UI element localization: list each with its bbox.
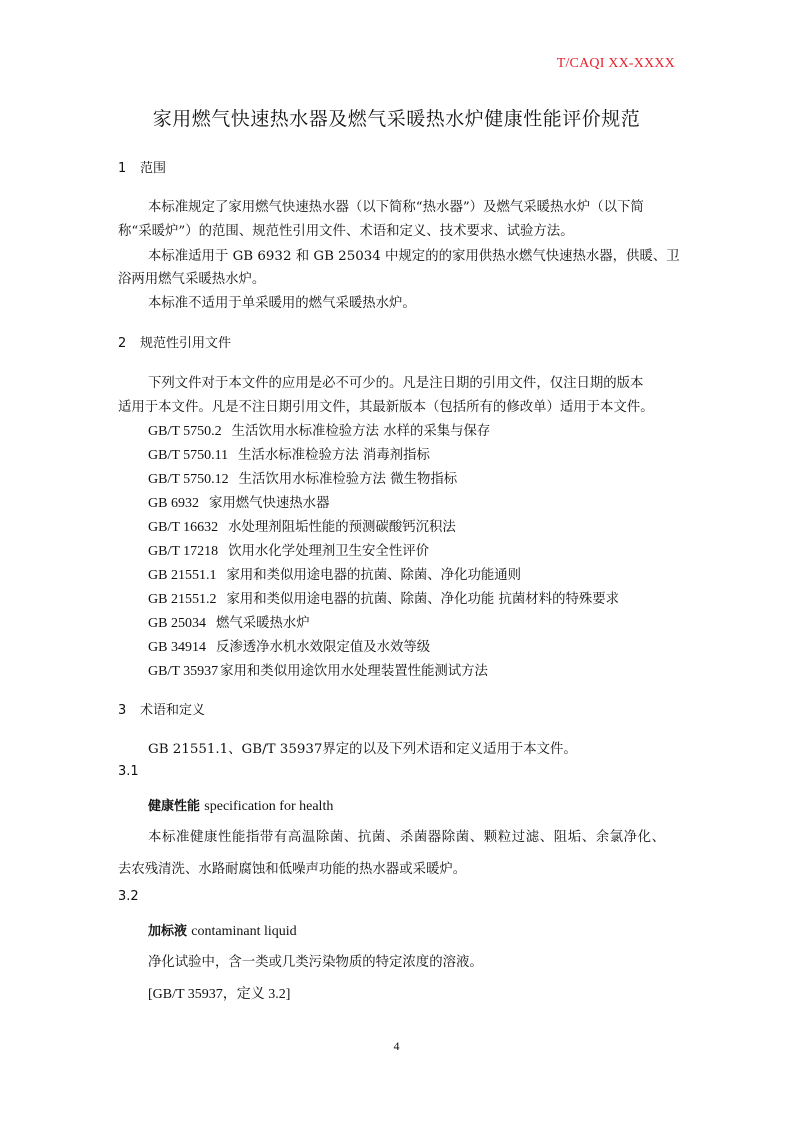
paragraph-line: 适用于本文件。凡是不注日期引用文件，其最新版本（包括所有的修改单）适用于本文件。	[118, 396, 654, 415]
reference-title: 饮用水化学处理剂卫生安全性评价	[228, 544, 429, 559]
section-number: 2	[118, 336, 140, 351]
reference-item: GB/T 5750.2生活饮用水标准检验方法 水样的采集与保存	[148, 420, 490, 440]
reference-item: GB 6932家用燃气快速热水器	[148, 492, 329, 512]
reference-title: 家用和类似用途饮用水处理装置性能测试方法	[220, 664, 488, 679]
page-number: 4	[0, 1039, 793, 1054]
reference-title: 家用燃气快速热水器	[209, 496, 330, 511]
document-code: T/CAQI XX-XXXX	[557, 56, 675, 72]
reference-code: GB/T 5750.11	[148, 448, 228, 463]
section-title: 范围	[140, 161, 166, 176]
section-number: 1	[118, 161, 140, 176]
reference-code: GB 25034	[148, 616, 206, 631]
reference-code: GB/T 16632	[148, 520, 218, 535]
section-1-heading: 1范围	[118, 157, 166, 176]
reference-item: GB/T 35937家用和类似用途饮用水处理装置性能测试方法	[148, 660, 488, 680]
reference-item: GB 25034燃气采暖热水炉	[148, 612, 310, 632]
reference-item: GB/T 16632水处理剂阻垢性能的预测碳酸钙沉积法	[148, 516, 456, 536]
term-english: specification for health	[204, 799, 333, 814]
paragraph-line: 下列文件对于本文件的应用是必不可少的。凡是注日期的引用文件，仅注日期的版本	[148, 372, 643, 391]
reference-title: 生活水标准检验方法 消毒剂指标	[238, 448, 430, 463]
section-title: 规范性引用文件	[140, 336, 231, 351]
reference-item: GB 34914反渗透净水机水效限定值及水效等级	[148, 636, 430, 656]
page-title: 家用燃气快速热水器及燃气采暖热水炉健康性能评价规范	[0, 104, 793, 131]
term-chinese: 健康性能	[148, 799, 200, 814]
paragraph-line: 本标准规定了家用燃气快速热水器（以下简称“热水器”）及燃气采暖热水炉（以下简	[148, 196, 644, 215]
reference-title: 生活饮用水标准检验方法 微生物指标	[239, 472, 458, 487]
definition-line: 净化试验中，含一类或几类污染物质的特定浓度的溶液。	[148, 951, 483, 970]
term-entry: 加标液 contaminant liquid	[148, 920, 297, 940]
term-number: 3.1	[118, 764, 139, 779]
reference-code: GB 34914	[148, 640, 206, 655]
term-chinese: 加标液	[148, 924, 187, 939]
reference-code: GB 6932	[148, 496, 199, 511]
term-number: 3.2	[118, 889, 139, 904]
reference-title: 家用和类似用途电器的抗菌、除菌、净化功能通则	[226, 568, 521, 583]
reference-code: GB/T 5750.2	[148, 424, 222, 439]
section-2-heading: 2规范性引用文件	[118, 332, 231, 351]
reference-title: 生活饮用水标准检验方法 水样的采集与保存	[232, 424, 491, 439]
reference-item: GB 21551.1家用和类似用途电器的抗菌、除菌、净化功能通则	[148, 564, 521, 584]
reference-title: 家用和类似用途电器的抗菌、除菌、净化功能 抗菌材料的特殊要求	[226, 592, 619, 607]
definition-line: 本标准健康性能指带有高温除菌、抗菌、杀菌器除菌、颗粒过滤、阻垢、余氯净化、	[148, 826, 666, 845]
section-number: 3	[118, 703, 140, 718]
paragraph-line: 浴两用燃气采暖热水炉。	[118, 268, 265, 287]
paragraph-line: 称“采暖炉”）的范围、规范性引用文件、术语和定义、技术要求、试验方法。	[118, 220, 574, 239]
definition-source: [GB/T 35937，定义 3.2]	[148, 983, 290, 1003]
reference-code: GB/T 17218	[148, 544, 218, 559]
reference-code: GB 21551.1	[148, 568, 216, 583]
paragraph-line: 本标准不适用于单采暖用的燃气采暖热水炉。	[148, 292, 416, 311]
paragraph-line: GB 21551.1、GB/T 35937界定的以及下列术语和定义适用于本文件。	[148, 738, 577, 757]
reference-code: GB/T 35937	[148, 664, 218, 679]
section-title: 术语和定义	[140, 703, 205, 718]
reference-item: GB 21551.2家用和类似用途电器的抗菌、除菌、净化功能 抗菌材料的特殊要求	[148, 588, 619, 608]
reference-code: GB 21551.2	[148, 592, 216, 607]
reference-item: GB/T 5750.12生活饮用水标准检验方法 微生物指标	[148, 468, 457, 488]
section-3-heading: 3术语和定义	[118, 699, 205, 718]
reference-title: 燃气采暖热水炉	[216, 616, 310, 631]
reference-title: 水处理剂阻垢性能的预测碳酸钙沉积法	[228, 520, 456, 535]
term-entry: 健康性能 specification for health	[148, 795, 333, 815]
definition-line: 去农残清洗、水路耐腐蚀和低噪声功能的热水器或采暖炉。	[118, 858, 466, 877]
reference-code: GB/T 5750.12	[148, 472, 229, 487]
term-english: contaminant liquid	[191, 924, 296, 939]
reference-title: 反渗透净水机水效限定值及水效等级	[216, 640, 430, 655]
reference-item: GB/T 5750.11生活水标准检验方法 消毒剂指标	[148, 444, 430, 464]
reference-item: GB/T 17218饮用水化学处理剂卫生安全性评价	[148, 540, 429, 560]
paragraph-line: 本标准适用于 GB 6932 和 GB 25034 中规定的的家用供热水燃气快速…	[148, 245, 680, 264]
